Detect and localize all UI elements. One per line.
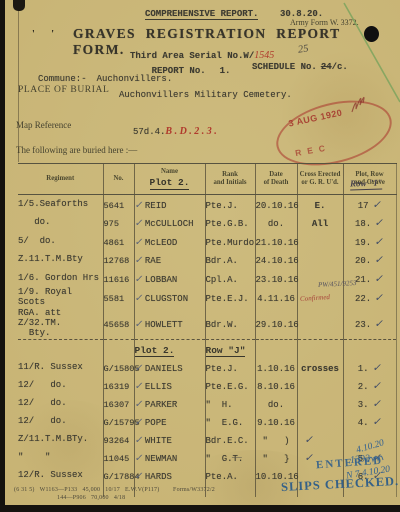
- cell-number: 45658: [104, 320, 130, 330]
- map-reference-value: 57d.4.B.D.2.3.: [133, 121, 219, 139]
- cell-name: CLUGSTON: [145, 294, 188, 304]
- map-reference-typed: 57d.4.: [133, 127, 165, 137]
- cell-name: REID: [145, 201, 167, 211]
- cell-regiment: Z.11.T.M.Bty: [18, 254, 103, 264]
- cell-plot-grave: 4.: [358, 418, 369, 428]
- cell-rank-initials: " H.: [206, 400, 233, 410]
- cell-number: 11045: [104, 454, 130, 464]
- cell-number: 16319: [104, 382, 130, 392]
- graves-table: Regiment No. NamePlot 2. Rank and Initia…: [18, 163, 397, 497]
- plot2-rowj-section-row: Plot 2.Row "J": [18, 339, 396, 358]
- cell-rank-initials: Bdr.E.C.: [206, 436, 249, 446]
- cell-rank-initials: Pte.J.: [206, 364, 238, 374]
- cell-regiment: 12/R. Sussex: [18, 470, 103, 480]
- cell-name: HARDS: [145, 472, 172, 482]
- cell-regiment: 1/9. Royal Scots: [18, 287, 103, 308]
- schedule-new-value-handwritten: 25: [297, 43, 309, 55]
- cell-plot-grave: 17: [358, 201, 369, 211]
- cell-name: RAE: [145, 256, 161, 266]
- cell-rank-initials: " E.G.: [206, 418, 244, 428]
- cell-number: 5641: [104, 201, 125, 211]
- verify-tick: ✓: [134, 453, 144, 464]
- cell-date-of-death: " ): [262, 436, 289, 446]
- scan-edge-left: [0, 0, 5, 512]
- schedule-line: SCHEDULE No. 24/c.: [252, 56, 348, 74]
- margin-marks: ' ': [32, 29, 61, 40]
- verify-tick: ✓: [134, 381, 144, 392]
- col-header-regiment: Regiment: [18, 164, 103, 195]
- plot-tick: ✓: [371, 380, 382, 392]
- cell-cross-erected: All: [312, 219, 328, 229]
- cell-name: McCULLOCH: [145, 219, 194, 229]
- col-header-cross: Cross Erected or G. R. U'd.: [297, 164, 343, 195]
- cell-date-of-death: 4.11.16: [257, 294, 295, 304]
- footer-print-line1: (6 31 5) W1163—P133 45,000 10/17 E.W.V(P…: [14, 487, 215, 493]
- hole-punch: [364, 26, 379, 42]
- footer-print-line2: 144—P906 70,000 4/18: [57, 495, 125, 501]
- cell-name: LOBBAN: [145, 275, 177, 285]
- cell-name: HOWLETT: [145, 320, 183, 330]
- cell-regiment: 1/6. Gordon Hrs: [18, 273, 103, 283]
- col-header-date: Date of Death: [255, 164, 297, 195]
- table-row: Z.11.T.M.Bty12768✓RAEBdr.A.24.10.1620.✓: [18, 250, 396, 269]
- cell-plot-grave: 23.: [355, 320, 371, 330]
- cell-number: 975: [104, 219, 119, 229]
- cell-number: 11616: [104, 275, 130, 285]
- cell-regiment: do.: [18, 217, 103, 227]
- cell-number: 16307: [104, 400, 130, 410]
- cell-plot-grave: 20.: [355, 256, 371, 266]
- plot2-header-annotation: Plot 2.: [150, 177, 190, 189]
- plot-tick: ✓: [371, 199, 382, 211]
- cell-date-of-death: 23.10.16: [256, 275, 299, 285]
- table-row: 12/ do.G/15795✓POPE" E.G.9.10.164.✓: [18, 412, 396, 430]
- row-i-handwritten: Row "I": [349, 177, 382, 190]
- cell-plot-grave: 18.: [355, 219, 371, 229]
- plot-tick: ✓: [374, 236, 385, 248]
- table-row: 12/ do.16307✓PARKER" H.do.3.✓: [18, 394, 396, 412]
- cell-regiment: RGA. att Z/32.TM. Bty.: [18, 308, 103, 339]
- comprehensive-report-heading: COMPREHENSIVE REPORT.: [145, 9, 258, 19]
- col-header-no: No.: [103, 164, 134, 195]
- cell-cross-erected: E.: [315, 201, 326, 211]
- col-header-plot: Plot, Row and GraveRow "I": [343, 164, 396, 195]
- table-row: 1/5.Seaforths5641✓REIDPte.J.20.10.16E.17…: [18, 195, 396, 214]
- cell-plot-grave: 1.: [358, 364, 369, 374]
- cross-tick: ✓: [303, 452, 314, 464]
- verify-tick: ✓: [134, 237, 144, 248]
- plot-tick: ✓: [374, 292, 385, 304]
- verify-tick: ✓: [134, 399, 144, 410]
- cell-number: 12768: [104, 256, 130, 266]
- schedule-old-value: 24: [321, 62, 332, 72]
- cell-date-of-death: do.: [268, 219, 284, 229]
- commune-line: Commune:-Auchonvillers.: [38, 68, 172, 86]
- table-row: Z/11.T.M.BTy.93264✓WHITEBdr.E.C." )✓: [18, 430, 396, 448]
- plot-tick: ✓: [371, 398, 382, 410]
- cell-date-of-death: 20.10.16: [256, 201, 299, 211]
- graves-registration-form-scan: COMPREHENSIVE REPORT. 30.8.20. Army Form…: [0, 0, 400, 512]
- cell-rank-initials: Pte.J.: [206, 201, 238, 211]
- verify-tick: ✓: [134, 319, 144, 330]
- cell-rank-initials: Pte.Murdo.: [206, 238, 260, 248]
- cell-date-of-death: 1.10.16: [257, 364, 295, 374]
- cell-rank-initials: Cpl.A.: [206, 275, 238, 285]
- commune-value: Auchonvillers.: [97, 74, 173, 84]
- paper-fold-line: [18, 0, 19, 162]
- plot-tick: ✓: [374, 273, 385, 285]
- place-of-burial-value: Auchonvillers Military Cemetery.: [119, 90, 292, 100]
- verify-tick: ✓: [134, 218, 144, 229]
- cell-date-of-death: 29.10.16: [256, 320, 299, 330]
- verify-tick: ✓: [134, 200, 144, 211]
- section-row-label: Row "J": [206, 345, 246, 357]
- cell-name: PARKER: [145, 400, 177, 410]
- cell-regiment: 11/R. Sussex: [18, 362, 103, 372]
- cell-name: DANIELS: [145, 364, 183, 374]
- col-header-name: NamePlot 2.: [134, 164, 205, 195]
- table-row: RGA. att Z/32.TM. Bty.45658✓HOWLETTBdr.W…: [18, 308, 396, 340]
- plot-tick: ✓: [374, 217, 385, 229]
- cell-regiment: 1/5.Seaforths: [18, 199, 103, 209]
- plot-tick: ✓: [374, 318, 385, 330]
- cell-rank-initials: Pte.A.: [206, 472, 238, 482]
- map-reference-label: Map Reference: [16, 120, 71, 130]
- verify-tick: ✓: [134, 471, 144, 482]
- cell-date-of-death: " }: [262, 454, 289, 464]
- cell-date-of-death: 8.10.16: [257, 382, 295, 392]
- cell-plot-grave: 19.: [355, 238, 371, 248]
- cell-number: 5581: [104, 294, 125, 304]
- verify-tick: ✓: [134, 293, 144, 304]
- cell-regiment: 12/ do.: [18, 398, 103, 408]
- section-plot-label: Plot 2.: [135, 345, 175, 357]
- cell-name: NEWMAN: [145, 454, 177, 464]
- confirmed-note-handwritten: Confirmed: [299, 293, 329, 303]
- cell-regiment: 5/ do.: [18, 236, 103, 246]
- table-row: 5/ do.4861✓McLEODPte.Murdo.21.10.1619.✓: [18, 232, 396, 251]
- schedule-label: SCHEDULE No.: [252, 62, 317, 72]
- cell-date-of-death: do.: [268, 400, 284, 410]
- cell-regiment: Z/11.T.M.BTy.: [18, 434, 103, 444]
- cell-plot-grave: 2.: [358, 382, 369, 392]
- cell-name: ELLIS: [145, 382, 172, 392]
- verify-tick: ✓: [134, 274, 144, 285]
- cell-number: 4861: [104, 238, 125, 248]
- cell-date-of-death: 24.10.16: [256, 256, 299, 266]
- col-header-rank: Rank and Initials: [205, 164, 255, 195]
- table-row: do.975✓McCULLOCHPte.G.B.do.All18.✓: [18, 213, 396, 232]
- cell-rank-initials: Bdr.A.: [206, 256, 238, 266]
- cell-rank-initials: Bdr.W.: [206, 320, 238, 330]
- cell-name: McLEOD: [145, 238, 177, 248]
- verify-tick: ✓: [134, 417, 144, 428]
- cell-cross-erected: crosses: [301, 364, 339, 374]
- plot-tick: ✓: [374, 254, 385, 266]
- cell-regiment: " ": [18, 452, 103, 462]
- place-of-burial-label: PLACE OF BURIAL: [18, 85, 109, 95]
- table-header-row: Regiment No. NamePlot 2. Rank and Initia…: [18, 164, 396, 195]
- scan-edge-bottom: [0, 505, 400, 512]
- cross-tick: ✓: [303, 434, 314, 446]
- commune-label: Commune:-: [38, 74, 87, 84]
- following-buried-label: The following are buried here :—: [16, 145, 137, 155]
- cell-name: WHITE: [145, 436, 172, 446]
- cell-rank-initials: Pte.G.B.: [206, 219, 249, 229]
- table-row: 12/ do.16319✓ELLISPte.E.G.8.10.162.✓: [18, 376, 396, 394]
- verify-tick: ✓: [134, 435, 144, 446]
- graves-table-body: 1/5.Seaforths5641✓REIDPte.J.20.10.16E.17…: [18, 195, 396, 497]
- cell-date-of-death: 21.10.16: [256, 238, 299, 248]
- verify-tick: ✓: [134, 255, 144, 266]
- scan-corner-mark: [13, 0, 25, 11]
- cell-name: POPE: [145, 418, 167, 428]
- pencil-dash: —: [232, 451, 242, 463]
- cell-plot-grave: 3.: [358, 400, 369, 410]
- cell-rank-initials: Pte.E.G.: [206, 382, 249, 392]
- cell-plot-grave: 22.: [355, 294, 371, 304]
- plot-tick: ✓: [371, 362, 382, 374]
- map-reference-handwritten: B.D.2.3.: [165, 126, 219, 137]
- cell-regiment: 12/ do.: [18, 380, 103, 390]
- plot-tick: ✓: [371, 416, 382, 428]
- cell-date-of-death: 9.10.16: [257, 418, 295, 428]
- cell-regiment: 12/ do.: [18, 416, 103, 426]
- cell-number: 93264: [104, 436, 130, 446]
- cell-plot-grave: 21.: [355, 275, 371, 285]
- table-row: 11/R. SussexG/15805✓DANIELSPte.J.1.10.16…: [18, 358, 396, 376]
- cell-rank-initials: Pte.E.J.: [206, 294, 249, 304]
- table-row: 1/9. Royal Scots5581✓CLUGSTONPte.E.J.4.1…: [18, 287, 396, 308]
- verify-tick: ✓: [134, 363, 144, 374]
- report-no-value: 1.: [220, 66, 231, 76]
